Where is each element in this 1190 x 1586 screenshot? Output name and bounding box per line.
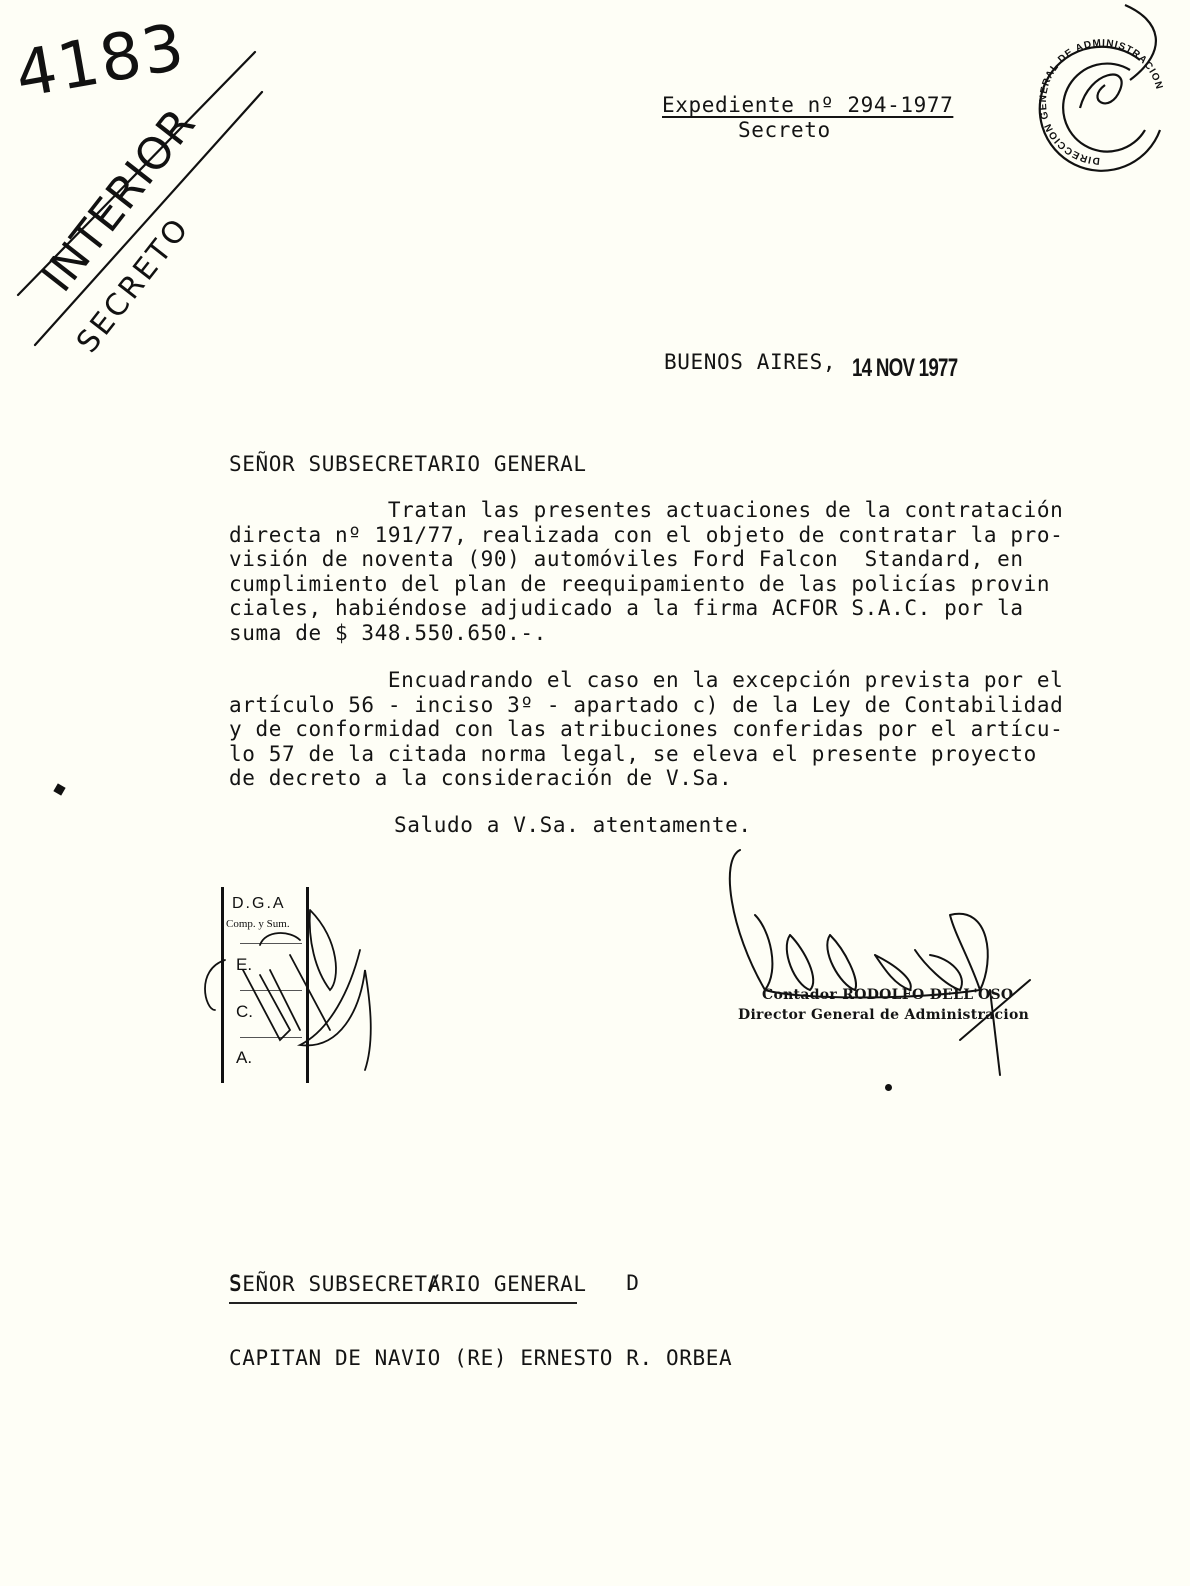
date-stamp: 14 NOV 1977 bbox=[852, 354, 957, 383]
handwritten-annotation: 4183 INTERIOR SECRETO bbox=[0, 0, 300, 360]
signature-scribble-icon bbox=[710, 840, 1040, 1090]
file-number: Expediente nº 294-1977 bbox=[662, 93, 953, 118]
addressee-block: SEÑOR SUBSECRETARIO GENERAL CAPITAN DE N… bbox=[229, 1223, 732, 1395]
paragraph-2: Encuadrando el caso en la excepción prev… bbox=[229, 668, 1179, 791]
addressee-sd: S / D bbox=[229, 1271, 640, 1296]
seal-icon: DIRECCION GENERAL DE ADMINISTRACION bbox=[1030, 30, 1170, 175]
addressee-underline bbox=[229, 1302, 577, 1304]
addressee-line-2: CAPITAN DE NAVIO (RE) ERNESTO R. ORBEA bbox=[229, 1346, 732, 1371]
initials-scribble-icon bbox=[190, 860, 390, 1080]
official-seal: DIRECCION GENERAL DE ADMINISTRACION bbox=[1030, 30, 1170, 175]
closing-line: Saludo a V.Sa. atentamente. bbox=[394, 813, 752, 838]
margin-mark bbox=[53, 783, 65, 795]
signatory-title: Director General de Administracion bbox=[738, 1007, 1029, 1023]
classification-label: Secreto bbox=[738, 118, 831, 143]
paragraph-1: Tratan las presentes actuaciones de la c… bbox=[229, 498, 1179, 646]
signatory-name: Contador RODOLFO DELL'OSO bbox=[762, 987, 1013, 1003]
salutation: SEÑOR SUBSECRETARIO GENERAL bbox=[229, 452, 587, 477]
place: BUENOS AIRES, bbox=[664, 350, 836, 375]
